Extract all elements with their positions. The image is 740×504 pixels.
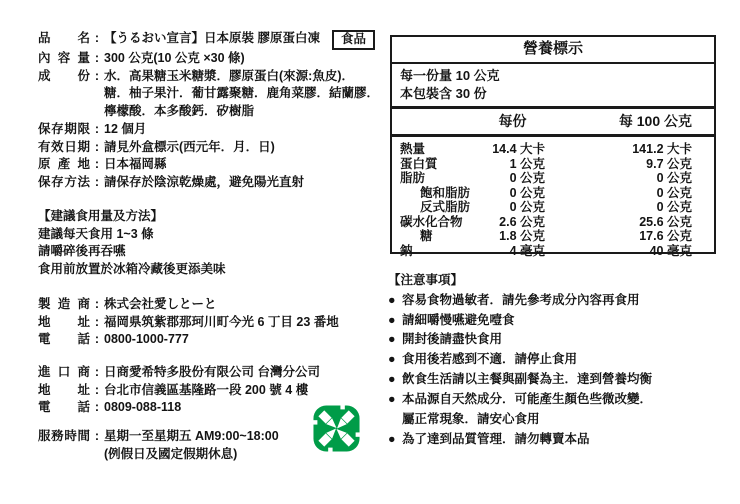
phone-label: 電話 xyxy=(38,399,90,417)
ingredients-label: 成份 xyxy=(38,68,90,121)
importer-phone-value: 0809-088-118 xyxy=(104,399,181,417)
per-serving-value: 0 公克 xyxy=(480,200,545,215)
shelf-life-row: 保存期限 : 12 個月 xyxy=(38,121,379,139)
notices-heading: 【注意事項】 xyxy=(388,271,738,291)
importer-address-row: 地址 : 台北市信義區基隆路一段 200 號 4 樓 xyxy=(38,382,320,400)
manufacturer-phone-row: 電話 : 0800-1000-777 xyxy=(38,331,339,349)
per-serving-value: 14.4 大卡 xyxy=(480,142,545,157)
manufacturer-phone-value: 0800-1000-777 xyxy=(104,331,189,349)
colon: : xyxy=(90,296,104,314)
nutrition-row-calories: 熱量 14.4 大卡 141.2 大卡 xyxy=(400,142,692,157)
notice-text: 為了達到品質管理．請勿轉賣本品 xyxy=(402,430,590,450)
manufacturer-address-row: 地址 : 福岡県筑紫郡那珂川町今光 6 丁目 23 番地 xyxy=(38,314,339,332)
ingredients-value: 水．高果糖玉米糖漿．膠原蛋白(來源:魚皮)． 糖．柚子果汁．葡甘露聚糖．鹿角菜膠… xyxy=(104,68,379,121)
per-100g-value: 0 公克 xyxy=(545,200,692,215)
colon: : xyxy=(90,364,104,382)
importer-value: 日商愛希特多股份有限公司 台灣分公司 xyxy=(104,364,320,382)
bullet-icon: ● xyxy=(388,390,402,410)
nutrient-name: 脂肪 xyxy=(400,171,480,186)
colon: : xyxy=(90,139,104,157)
storage-value: 請保存於陰涼乾燥處，避免陽光直射 xyxy=(104,174,304,192)
notice-text: 屬正常現象．請安心食用 xyxy=(402,410,540,430)
usage-line: 食用前放置於冰箱冷藏後更添美味 xyxy=(38,261,226,279)
net-weight-value: 300 公克(10 公克 ×30 條) xyxy=(104,50,245,68)
notice-item: ● 本品源自天然成分．可能產生顏色些微改變． xyxy=(388,390,738,410)
bullet-icon: ● xyxy=(388,430,402,450)
nutrition-row-carbohydrate: 碳水化合物 2.6 公克 25.6 公克 xyxy=(400,215,692,230)
notice-item: ● 食用後若感到不適．請停止食用 xyxy=(388,350,738,370)
notice-text: 開封後請盡快食用 xyxy=(402,330,502,350)
nutrition-rows: 熱量 14.4 大卡 141.2 大卡 蛋白質 1 公克 9.7 公克 脂肪 0… xyxy=(392,137,714,258)
nutrition-row-trans-fat: 反式脂肪 0 公克 0 公克 xyxy=(400,200,692,215)
nutrient-name: 蛋白質 xyxy=(400,157,480,172)
per-serving-value: 4 毫克 xyxy=(480,244,545,259)
nutrient-name: 糖 xyxy=(400,229,480,244)
colon: : xyxy=(90,382,104,400)
nutrient-name: 反式脂肪 xyxy=(400,200,480,215)
colon: : xyxy=(90,399,104,417)
usage-block: 【建議食用量及方法】 建議每天食用 1~3 條 請嚼碎後再吞嚥 食用前放置於冰箱… xyxy=(38,208,226,279)
nutrition-serving-info: 每一份量 10 公克 本包裝含 30 份 xyxy=(392,64,714,109)
usage-heading: 【建議食用量及方法】 xyxy=(38,208,226,226)
bullet-icon: ● xyxy=(388,311,402,331)
storage-label: 保存方法 xyxy=(38,174,90,192)
importer-address-value: 台北市信義區基隆路一段 200 號 4 樓 xyxy=(104,382,308,400)
product-name-row: 品名 : 【うるおい宣言】日本原裝 膠原蛋白凍 食品 xyxy=(38,30,379,50)
product-info-block: 品名 : 【うるおい宣言】日本原裝 膠原蛋白凍 食品 內容量 : 300 公克(… xyxy=(38,30,379,192)
nutrition-title: 營養標示 xyxy=(392,37,714,64)
bullet-icon: ● xyxy=(388,350,402,370)
food-category-badge: 食品 xyxy=(332,30,375,50)
product-name-label: 品名 xyxy=(38,30,90,50)
net-weight-label: 內容量 xyxy=(38,50,90,68)
manufacturer-address-value: 福岡県筑紫郡那珂川町今光 6 丁目 23 番地 xyxy=(104,314,339,332)
bullet-icon: ● xyxy=(388,370,402,390)
colon: : xyxy=(90,174,104,192)
nutrient-name: 飽和脂肪 xyxy=(400,186,480,201)
service-hours-note: (例假日及國定假期休息) xyxy=(104,446,279,464)
product-name-value: 【うるおい宣言】日本原裝 膠原蛋白凍 xyxy=(104,30,320,50)
notice-item-continuation: 屬正常現象．請安心食用 xyxy=(388,410,738,430)
manufacturer-label: 製造商 xyxy=(38,296,90,314)
service-hours-row: 服務時間 : 星期一至星期五 AM9:00~18:00 xyxy=(38,428,279,446)
service-hours-label: 服務時間 xyxy=(38,428,90,446)
nutrient-name: 熱量 xyxy=(400,142,480,157)
importer-block: 進口商 : 日商愛希特多股份有限公司 台灣分公司 地址 : 台北市信義區基隆路一… xyxy=(38,364,320,417)
colon: : xyxy=(90,121,104,139)
nutrition-row-saturated-fat: 飽和脂肪 0 公克 0 公克 xyxy=(400,186,692,201)
nutrition-row-fat: 脂肪 0 公克 0 公克 xyxy=(400,171,692,186)
ingredients-row: 成份 : 水．高果糖玉米糖漿．膠原蛋白(來源:魚皮)． 糖．柚子果汁．葡甘露聚糖… xyxy=(38,68,379,121)
nutrition-row-protein: 蛋白質 1 公克 9.7 公克 xyxy=(400,157,692,172)
manufacturer-row: 製造商 : 株式会社愛しとーと xyxy=(38,296,339,314)
nutrient-name: 鈉 xyxy=(400,244,480,259)
usage-line: 建議每天食用 1~3 條 xyxy=(38,226,226,244)
importer-row: 進口商 : 日商愛希特多股份有限公司 台灣分公司 xyxy=(38,364,320,382)
per-100g-header: 每 100 公克 xyxy=(545,113,692,129)
notice-item: ● 開封後請盡快食用 xyxy=(388,330,738,350)
importer-label: 進口商 xyxy=(38,364,90,382)
nutrition-facts-table: 營養標示 每一份量 10 公克 本包裝含 30 份 每份 每 100 公克 熱量… xyxy=(390,35,716,254)
ingredients-line: 水．高果糖玉米糖漿．膠原蛋白(來源:魚皮)． xyxy=(104,68,379,86)
ingredients-line: 檸檬酸．本多酸鈣．矽樹脂 xyxy=(104,103,379,121)
bullet-icon: ● xyxy=(388,330,402,350)
notice-item: ● 容易食物過敏者．請先參考成分內容再食用 xyxy=(388,291,738,311)
origin-value: 日本福岡縣 xyxy=(104,156,167,174)
colon: : xyxy=(90,428,104,446)
net-weight-row: 內容量 : 300 公克(10 公克 ×30 條) xyxy=(38,50,379,68)
service-hours-value: 星期一至星期五 AM9:00~18:00 xyxy=(104,428,279,446)
bullet-icon: ● xyxy=(388,291,402,311)
notice-text: 本品源自天然成分．可能產生顏色些微改變． xyxy=(402,390,652,410)
shelf-life-label: 保存期限 xyxy=(38,121,90,139)
notice-item: ● 飲食生活請以主餐與副餐為主．達到營養均衡 xyxy=(388,370,738,390)
ingredients-line: 糖．柚子果汁．葡甘露聚糖．鹿角菜膠．結蘭膠． xyxy=(104,85,379,103)
per-100g-value: 9.7 公克 xyxy=(545,157,692,172)
nutrient-name: 碳水化合物 xyxy=(400,215,480,230)
notice-text: 飲食生活請以主餐與副餐為主．達到營養均衡 xyxy=(402,370,652,390)
address-label: 地址 xyxy=(38,314,90,332)
colon: : xyxy=(90,331,104,349)
per-serving-value: 0 公克 xyxy=(480,186,545,201)
notices-block: 【注意事項】 ● 容易食物過敏者．請先參考成分內容再食用 ● 請細嚼慢嚥避免噎食… xyxy=(388,271,738,450)
nutrition-row-sodium: 鈉 4 毫克 40 毫克 xyxy=(400,244,692,259)
service-hours-block: 服務時間 : 星期一至星期五 AM9:00~18:00 (例假日及國定假期休息) xyxy=(38,428,279,463)
serving-size: 每一份量 10 公克 xyxy=(400,67,706,85)
per-serving-header: 每份 xyxy=(480,113,545,129)
servings-per-package: 本包裝含 30 份 xyxy=(400,85,706,103)
nutrition-column-headers: 每份 每 100 公克 xyxy=(392,109,714,137)
per-serving-value: 1 公克 xyxy=(480,157,545,172)
food-label-sheet: 品名 : 【うるおい宣言】日本原裝 膠原蛋白凍 食品 內容量 : 300 公克(… xyxy=(0,0,740,504)
per-100g-value: 25.6 公克 xyxy=(545,215,692,230)
notice-text: 食用後若感到不適．請停止食用 xyxy=(402,350,577,370)
per-100g-value: 0 公克 xyxy=(545,186,692,201)
colon: : xyxy=(90,68,104,121)
expiry-date-value: 請見外盒標示(西元年．月．日) xyxy=(104,139,275,157)
address-label: 地址 xyxy=(38,382,90,400)
phone-label: 電話 xyxy=(38,331,90,349)
per-100g-value: 17.6 公克 xyxy=(545,229,692,244)
per-100g-value: 40 毫克 xyxy=(545,244,692,259)
expiry-date-label: 有效日期 xyxy=(38,139,90,157)
per-serving-value: 0 公克 xyxy=(480,171,545,186)
storage-row: 保存方法 : 請保存於陰涼乾燥處，避免陽光直射 xyxy=(38,174,379,192)
origin-row: 原產地 : 日本福岡縣 xyxy=(38,156,379,174)
usage-line: 請嚼碎後再吞嚥 xyxy=(38,243,226,261)
nutrition-row-sugar: 糖 1.8 公克 17.6 公克 xyxy=(400,229,692,244)
taiwan-recycling-icon xyxy=(312,404,361,453)
origin-label: 原產地 xyxy=(38,156,90,174)
notice-text: 容易食物過敏者．請先參考成分內容再食用 xyxy=(402,291,640,311)
per-serving-value: 2.6 公克 xyxy=(480,215,545,230)
per-100g-value: 141.2 大卡 xyxy=(545,142,692,157)
manufacturer-value: 株式会社愛しとーと xyxy=(104,296,217,314)
colon: : xyxy=(90,50,104,68)
per-100g-value: 0 公克 xyxy=(545,171,692,186)
colon: : xyxy=(90,156,104,174)
notice-text: 請細嚼慢嚥避免噎食 xyxy=(402,311,515,331)
shelf-life-value: 12 個月 xyxy=(104,121,146,139)
per-serving-value: 1.8 公克 xyxy=(480,229,545,244)
notice-item: ● 為了達到品質管理．請勿轉賣本品 xyxy=(388,430,738,450)
bullet-spacer xyxy=(388,410,402,430)
notice-item: ● 請細嚼慢嚥避免噎食 xyxy=(388,311,738,331)
colon: : xyxy=(90,30,104,50)
expiry-date-row: 有效日期 : 請見外盒標示(西元年．月．日) xyxy=(38,139,379,157)
colon: : xyxy=(90,314,104,332)
manufacturer-block: 製造商 : 株式会社愛しとーと 地址 : 福岡県筑紫郡那珂川町今光 6 丁目 2… xyxy=(38,296,339,349)
importer-phone-row: 電話 : 0809-088-118 xyxy=(38,399,320,417)
